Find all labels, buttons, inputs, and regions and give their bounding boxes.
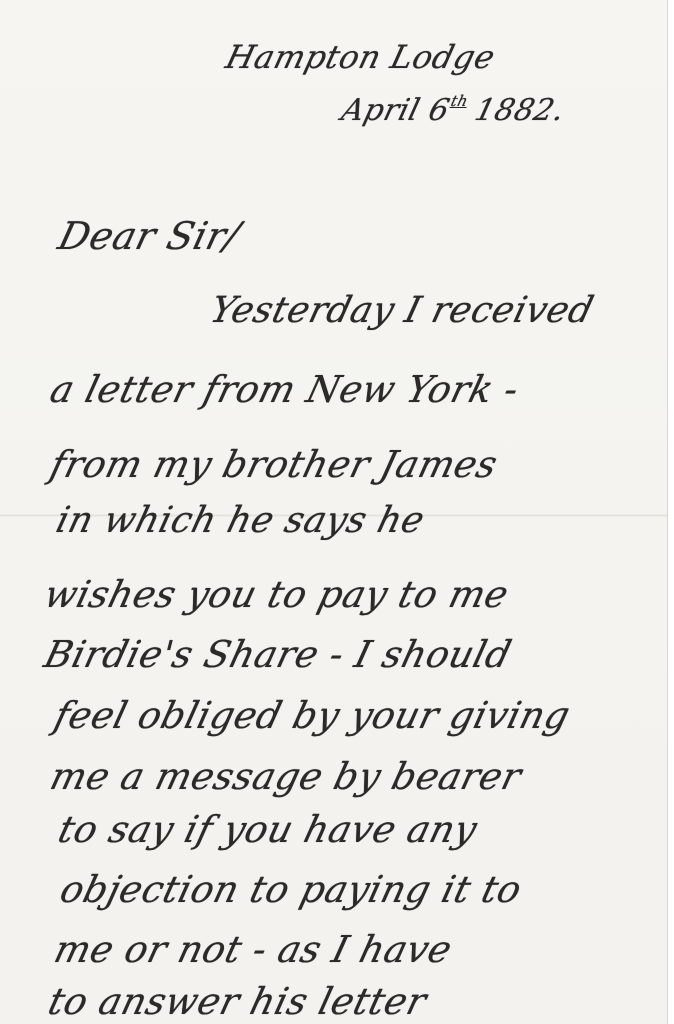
body-line: Yesterday I received — [206, 290, 598, 331]
body-line: feel obliged by your giving — [50, 694, 575, 737]
body-line: me or not - as I have — [50, 928, 457, 971]
date-day-suffix: th — [449, 92, 470, 110]
body-line: a letter from New York - — [46, 368, 523, 411]
letter-salutation: Dear Sir/ — [54, 214, 244, 258]
body-line: to say if you have any — [54, 808, 482, 851]
body-line: from my brother James — [46, 443, 502, 486]
date-month: April — [338, 93, 424, 128]
body-line: objection to paying it to — [56, 868, 526, 911]
letter-date: April 6th 1882. — [338, 92, 569, 128]
date-year: 1882. — [471, 93, 568, 128]
letter-address: Hampton Lodge — [222, 38, 499, 76]
letter-page: Hampton Lodge April 6th 1882. Dear Sir/ … — [0, 0, 668, 1024]
body-line: to answer his letter — [44, 980, 431, 1023]
body-line: me a message by bearer — [46, 755, 526, 798]
date-day: 6 — [425, 93, 453, 128]
body-line: in which he says he — [52, 500, 429, 541]
scan-edge — [667, 0, 674, 1024]
body-line: wishes you to pay to me — [40, 573, 513, 616]
body-line: Birdie's Share - I should — [40, 633, 516, 676]
